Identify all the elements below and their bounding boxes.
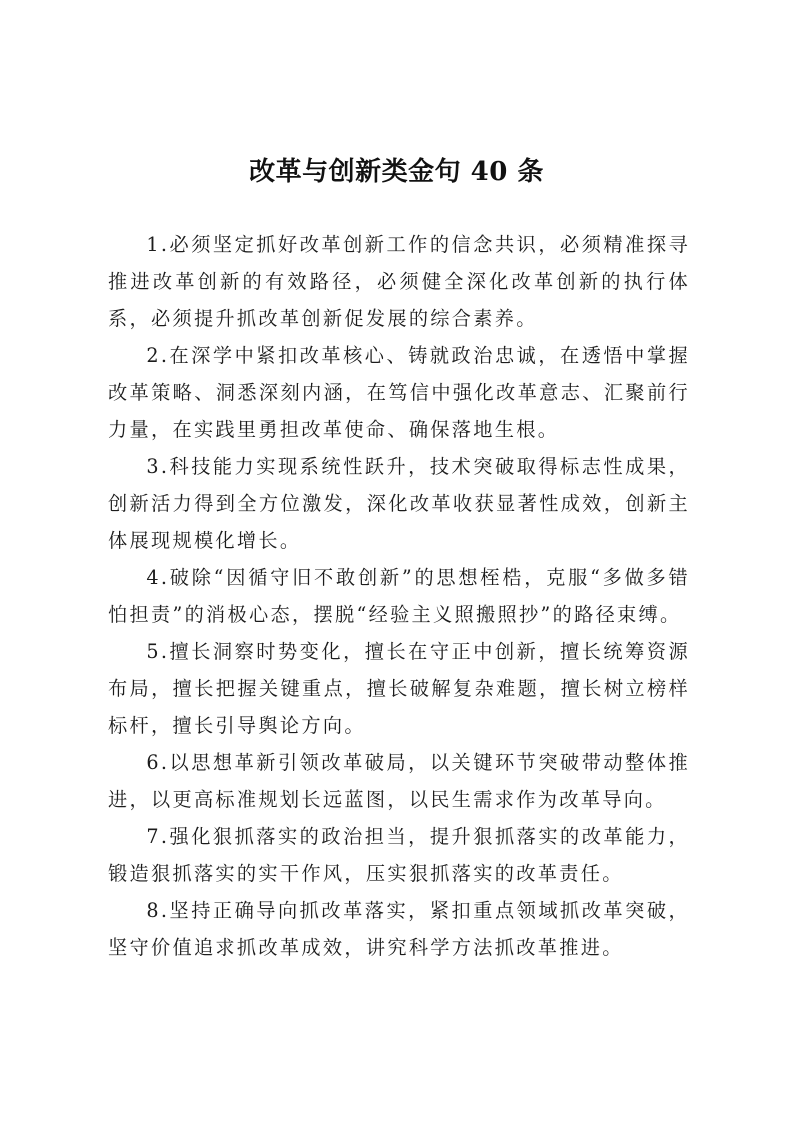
- paragraph-3: 3.科技能力实现系统性跃升，技术突破取得标志性成果，创新活力得到全方位激发，深化…: [108, 448, 690, 559]
- paragraph-5: 5.擅长洞察时势变化，擅长在守正中创新，擅长统筹资源布局，擅长把握关键重点，擅长…: [108, 633, 690, 744]
- paragraph-1: 1.必须坚定抓好改革创新工作的信念共识，必须精准探寻推进改革创新的有效路径，必须…: [108, 226, 690, 337]
- paragraph-4: 4.破除“因循守旧不敢创新”的思想桎梏，克服“多做多错怕担责”的消极心态，摆脱“…: [108, 559, 690, 633]
- document-body: 1.必须坚定抓好改革创新工作的信念共识，必须精准探寻推进改革创新的有效路径，必须…: [108, 226, 690, 966]
- paragraph-8: 8.坚持正确导向抓改革落实，紧扣重点领域抓改革突破，坚守价值追求抓改革成效，讲究…: [108, 892, 690, 966]
- paragraph-6: 6.以思想革新引领改革破局，以关键环节突破带动整体推进，以更高标准规划长远蓝图，…: [108, 744, 690, 818]
- paragraph-2: 2.在深学中紧扣改革核心、铸就政治忠诚，在透悟中掌握改革策略、洞悉深刻内涵，在笃…: [108, 337, 690, 448]
- paragraph-7: 7.强化狠抓落实的政治担当，提升狠抓落实的改革能力，锻造狠抓落实的实干作风，压实…: [108, 818, 690, 892]
- document-page: 改革与创新类金句 40 条 1.必须坚定抓好改革创新工作的信念共识，必须精准探寻…: [0, 0, 793, 1122]
- document-title: 改革与创新类金句 40 条: [0, 152, 793, 192]
